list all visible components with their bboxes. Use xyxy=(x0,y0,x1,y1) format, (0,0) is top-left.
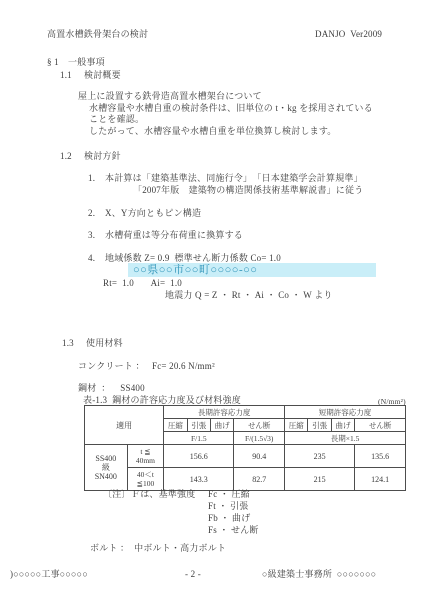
table-row2-long-main: 143.3 xyxy=(164,468,234,491)
overview-line-3: ことを確認。 xyxy=(89,114,144,125)
footer-office-name: ○級建築士事務所 ○○○○○○○ xyxy=(262,569,376,580)
policy-item-1-number: 1. xyxy=(88,173,95,184)
table-formula-short: 長期×1.5 xyxy=(285,432,406,445)
overview-line-4: したがって、水槽容量や水槽自重を単位換算し検討します。 xyxy=(89,126,337,137)
table-row1-long-main: 156.6 xyxy=(164,445,234,468)
version-label: DANJO Ver2009 xyxy=(315,29,382,40)
table-formula-long-shear: F/(1.5√3) xyxy=(234,432,285,445)
table-subheader-compression-short: 圧縮 xyxy=(285,419,308,432)
policy-item-3-number: 3. xyxy=(88,230,95,241)
subsection-1-2-heading: 検討方針 xyxy=(84,151,121,162)
policy-item-4-number: 4. xyxy=(88,253,95,264)
table-grade-cell: SS400 級 SN400 xyxy=(85,445,128,491)
table-row1-short-shear: 135.6 xyxy=(355,445,406,468)
note-label: 〔注〕 xyxy=(103,489,131,500)
table-row2-long-shear: 82.7 xyxy=(234,468,285,491)
policy-item-1-text: 本計算は「建築基準法、同施行令」 「日本建築学会計算規準」 xyxy=(105,173,363,184)
doc-title: 高置水槽鉄骨架台の検討 xyxy=(47,29,148,40)
site-address-text: ○○県○○市○○町○○○○-○○ xyxy=(133,264,257,277)
coefficient-line: Rt= 1.0 Ai= 1.0 xyxy=(103,278,182,289)
table-subheader-tension-long: 引張 xyxy=(187,419,210,432)
subsection-1-3-heading: 使用材料 xyxy=(86,338,123,349)
table-header-short-term: 短期許容応力度 xyxy=(285,406,406,419)
policy-item-2-text: X、Y方向ともピン構造 xyxy=(105,208,201,219)
subsection-1-3-number: 1.3 xyxy=(62,338,74,349)
overview-line-2: 水槽容量や水槽自重の検討条件は、旧単位の t・kg を採用されている xyxy=(89,103,373,114)
document-page: 高置水槽鉄骨架台の検討 DANJO Ver2009 § 1 一般事項 1.1 検… xyxy=(0,0,424,600)
section-number: § 1 xyxy=(47,57,59,68)
table-subheader-shear-short: せん断 xyxy=(355,419,406,432)
table-row1-short-main: 235 xyxy=(285,445,355,468)
footer-project-name: )○○○○○工事○○○○○ xyxy=(10,569,88,580)
legend-tension: Ft ・ 引張 xyxy=(208,501,248,512)
policy-item-2-number: 2. xyxy=(88,208,95,219)
subsection-1-1-heading: 検討概要 xyxy=(84,70,121,81)
steel-spec: 鋼材 ： SS400 xyxy=(78,383,145,394)
overview-line-1: 屋上に設置する鉄骨造高置水槽架台について xyxy=(78,91,262,102)
legend-shear: Fs ・ せん断 xyxy=(208,525,259,536)
section-heading: 一般事項 xyxy=(68,57,105,68)
table-thickness-row1: t ≦ 40mm xyxy=(127,445,164,468)
legend-compression: Fc ・ 圧縮 xyxy=(208,489,250,500)
table-subheader-bending-short: 曲げ xyxy=(331,419,354,432)
seismic-formula: 地震力 Q = Z ・ Rt ・ Ai ・ Co ・ W より xyxy=(165,290,333,301)
table-header-apply: 適用 xyxy=(85,406,164,445)
footer-page-number: - 2 - xyxy=(185,569,201,580)
subsection-1-2-number: 1.2 xyxy=(60,151,72,162)
table-formula-long: F/1.5 xyxy=(164,432,234,445)
note-text: Ｆは、基準強度 xyxy=(131,489,195,500)
concrete-spec: コンクリート ： Fc= 20.6 N/mm² xyxy=(78,361,215,372)
policy-item-1-text2: 「2007年版 建築物の構造関係技術基準解説書」に従う xyxy=(133,185,363,196)
legend-bending: Fb ・ 曲げ xyxy=(208,513,250,524)
table-header-long-term: 長期許容応力度 xyxy=(164,406,285,419)
table-subheader-tension-short: 引張 xyxy=(308,419,331,432)
bolt-spec: ボルト ： 中ボルト・高力ボルト xyxy=(90,543,226,554)
table-subheader-compression-long: 圧縮 xyxy=(164,419,187,432)
subsection-1-1-number: 1.1 xyxy=(60,70,72,81)
table-row2-short-main: 215 xyxy=(285,468,355,491)
table-subheader-shear-long: せん断 xyxy=(234,419,285,432)
table-row2-short-shear: 124.1 xyxy=(355,468,406,491)
table-subheader-bending-long: 曲げ xyxy=(210,419,233,432)
table-row1-long-shear: 90.4 xyxy=(234,445,285,468)
steel-allowable-stress-table: 適用 長期許容応力度 短期許容応力度 圧縮 引張 曲げ せん断 圧縮 引張 曲げ… xyxy=(84,405,406,491)
policy-item-3-text: 水槽荷重は等分布荷重に換算する xyxy=(105,230,243,241)
table-thickness-row2: 40＜t ≦100 xyxy=(127,468,164,491)
